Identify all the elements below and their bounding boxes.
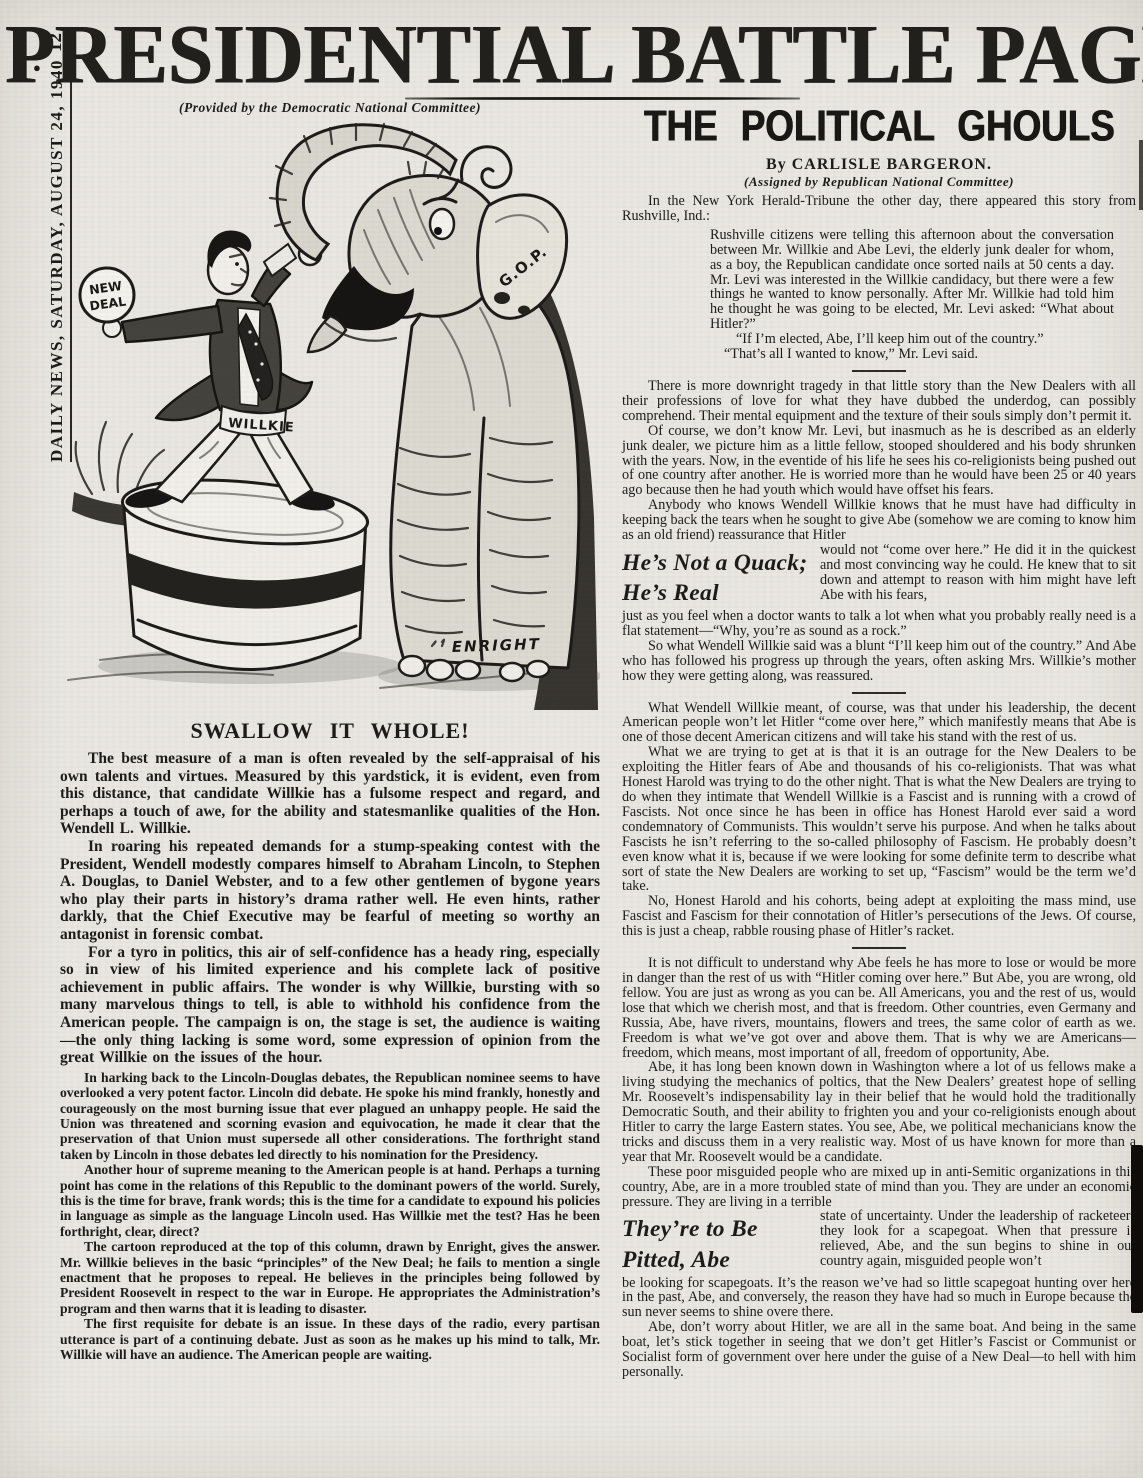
paragraph: Abe, it has long been known down in Wash… [622,1060,1136,1164]
paragraph: The best measure of a man is often revea… [60,750,600,838]
pull-quote-line: Pitted, Abe [622,1245,820,1276]
left-column: (Provided by the Democratic National Com… [60,100,600,1362]
paragraph: In roaring his repeated demands for a st… [60,838,600,944]
news-quote-block: Rushville citizens were telling this aft… [710,228,1114,362]
scan-artifact [1139,140,1143,210]
paragraph: So what Wendell Willkie said was a blunt… [622,639,1136,684]
right-column: THE POLITICAL GHOULS By CARLISLE BARGERO… [622,102,1136,1380]
paragraph: Anybody who knows Wendell Willkie knows … [622,498,1136,543]
paragraph: In harking back to the Lincoln-Douglas d… [60,1070,600,1162]
pull-quote-row: They’re to Be Pitted, Abe state of uncer… [622,1209,1136,1275]
cartoon-credit: (Provided by the Democratic National Com… [60,100,600,116]
quote-paragraph: “That’s all I wanted to know,” Mr. Levi … [710,347,1114,362]
paragraph: Another hour of supreme meaning to the A… [60,1162,600,1239]
paragraph: be looking for scapegoats. It’s the reas… [622,1276,1136,1321]
paragraph: would not “come over here.” He did it in… [820,543,1136,603]
paragraph: In the New York Herald-Tribune the other… [622,194,1136,224]
left-article-lead: The best measure of a man is often revea… [60,750,600,1067]
article-title: THE POLITICAL GHOULS [643,102,1116,152]
paragraph: No, Honest Harold and his cohorts, being… [622,894,1136,939]
pull-quote-row: He’s Not a Quack; He’s Real would not “c… [622,543,1136,609]
newspaper-page: DAILY NEWS, SATURDAY, AUGUST 24, 1940 ● … [0,0,1143,1478]
paragraph: What Wendell Willkie meant, of course, w… [622,701,1136,746]
paragraph: Of course, we don’t know Mr. Levi, but i… [622,424,1136,499]
paragraph: The first requisite for debate is an iss… [60,1316,600,1362]
paragraph: The cartoon reproduced at the top of thi… [60,1239,600,1316]
paragraph: just as you feel when a doctor wants to … [622,609,1136,639]
pull-quote-line: He’s Real [622,578,820,609]
trunk-curl [461,147,511,188]
paragraph: What we are trying to get at is that it … [622,745,1136,894]
political-cartoon: WILLKIE NEW DEAL [60,118,600,710]
paragraph: It is not difficult to understand why Ab… [622,956,1136,1060]
paragraph: Abe, don’t worry about Hitler, we are al… [622,1320,1136,1380]
pull-quote-line: They’re to Be [622,1214,820,1245]
section-divider [852,947,906,949]
paragraph: These poor misguided people who are mixe… [622,1165,1136,1210]
tongue [308,316,346,352]
section-divider [852,692,906,694]
scan-artifact [1131,1145,1143,1313]
pull-quote-line: He’s Not a Quack; [622,548,820,579]
left-article-heading: SWALLOW IT WHOLE! [60,718,600,744]
pull-quote: They’re to Be Pitted, Abe [622,1209,820,1275]
byline-credit: (Assigned by Republican National Committ… [622,174,1136,190]
paragraph: For a tyro in politics, this air of self… [60,944,600,1067]
paragraph: There is more downright tragedy in that … [622,379,1136,424]
pull-quote: He’s Not a Quack; He’s Real [622,543,820,609]
page-title: PRESIDENTIAL BATTLE PAGE [1,6,1143,104]
quote-paragraph: “If I’m elected, Abe, I’ll keep him out … [710,332,1114,347]
eye [430,209,454,239]
paragraph: state of uncertainty. Under the leadersh… [820,1209,1136,1269]
quote-paragraph: Rushville citizens were telling this aft… [710,228,1114,332]
left-article-body: In harking back to the Lincoln-Douglas d… [60,1070,600,1363]
section-divider [852,370,906,372]
svg-text:ENRIGHT: ENRIGHT [452,635,542,656]
byline: By CARLISLE BARGERON. [622,156,1136,174]
